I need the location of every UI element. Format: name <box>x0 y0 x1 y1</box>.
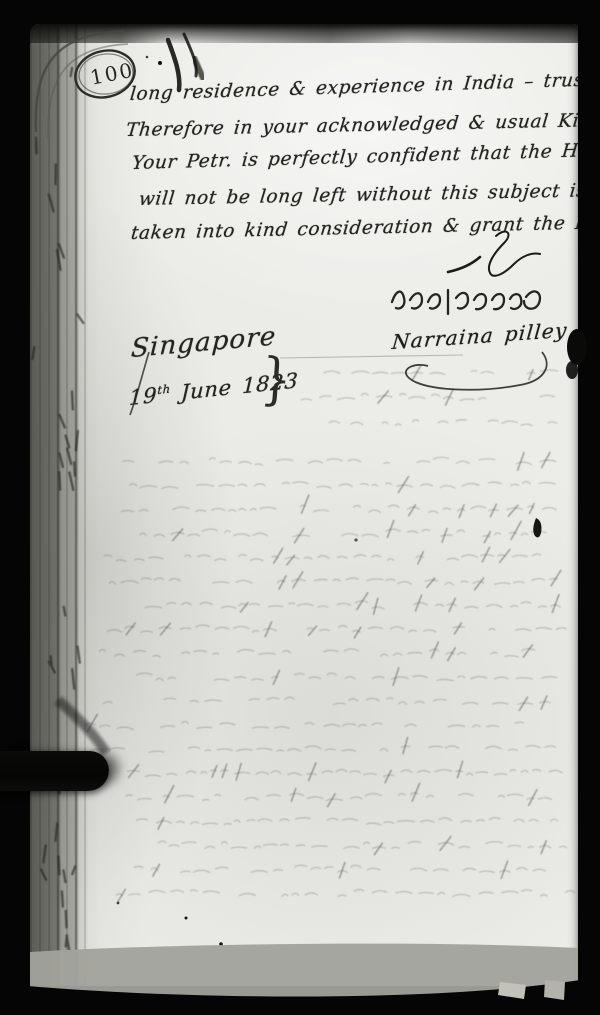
binding-clip <box>0 751 109 791</box>
handwriting-line: long residence & experience in India – t… <box>129 69 578 105</box>
date-day: 19 <box>129 383 158 410</box>
book-binding-edge <box>30 24 88 986</box>
date-ordinal: th <box>157 382 171 397</box>
manuscript-page: long residence & experience in India – t… <box>30 24 578 986</box>
handwriting-line: taken into kind consideration & grant th… <box>130 212 578 244</box>
handwriting-line: will not be long left without this subje… <box>138 180 578 210</box>
handwriting-line: Therefore in your acknowledged & usual K… <box>125 109 578 141</box>
signature-latin: Narraina pilley <box>391 318 569 354</box>
manuscript-scan: { "page": { "number": "100", "letter_lin… <box>0 0 600 1015</box>
place-name: Singapore <box>130 321 277 363</box>
handwriting-line: Your Petr. is perfectly confident that t… <box>131 139 578 174</box>
page-top-edge <box>30 24 578 43</box>
date-brace: } <box>259 346 294 413</box>
